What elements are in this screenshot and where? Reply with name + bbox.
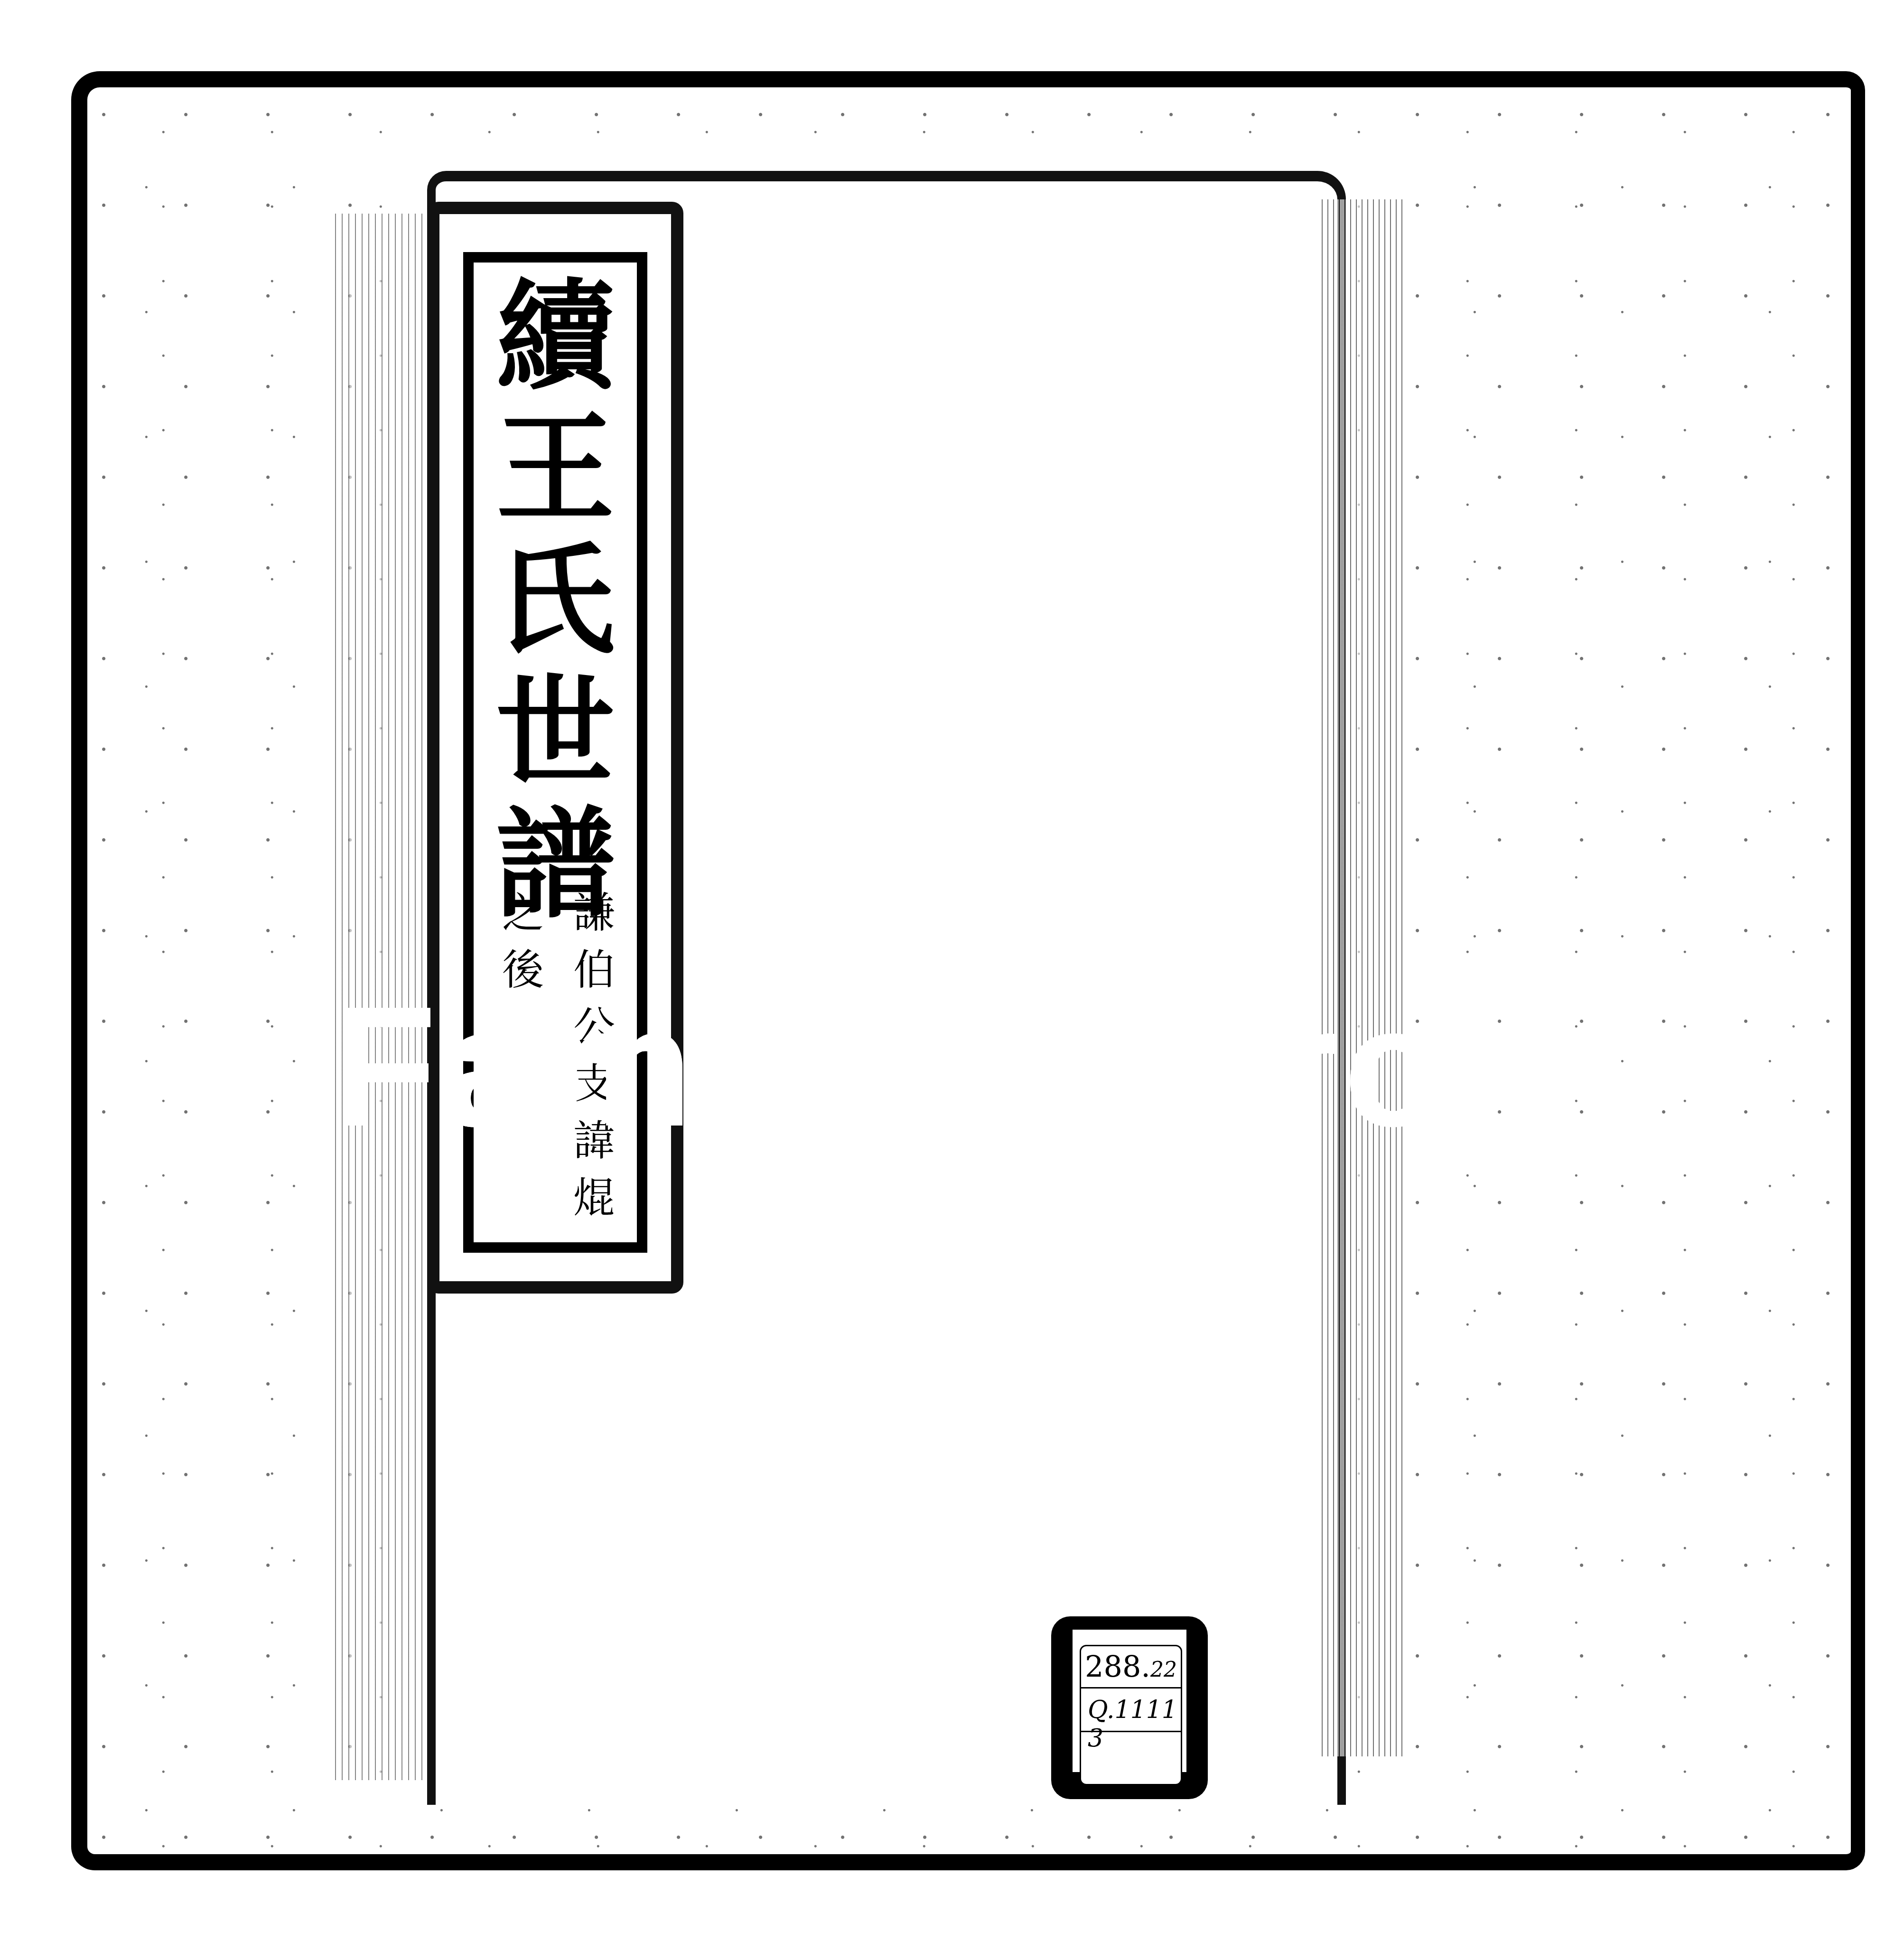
sticker-label-box: 288.22 Q.1111 3 [1080,1645,1182,1785]
call-number-handwritten: 22 [1150,1658,1177,1682]
watermark: Family Search [332,968,1552,1165]
subtitle-char: 焜 [573,1174,615,1221]
subtitle-char: 之 [502,889,544,937]
call-number-line2-text: Q.1111 [1088,1696,1177,1724]
book-title: 續 王 氏 世 譜 [474,277,637,923]
call-number-printed: 288. [1085,1649,1150,1684]
title-char: 續 [496,277,615,395]
sticker-rule [1081,1687,1181,1689]
subtitle-char: 謙 [573,889,615,937]
call-number-line2: Q.1111 3 [1088,1696,1181,1753]
title-char: 世 [496,673,615,791]
call-number: 288.22 [1085,1649,1177,1684]
catalog-sticker: 288.22 Q.1111 3 [1051,1616,1208,1799]
title-char: 王 [496,409,615,527]
sticker-rule [1081,1731,1181,1732]
title-char: 氏 [496,541,615,659]
call-number-line2-suffix: 3 [1088,1724,1103,1753]
